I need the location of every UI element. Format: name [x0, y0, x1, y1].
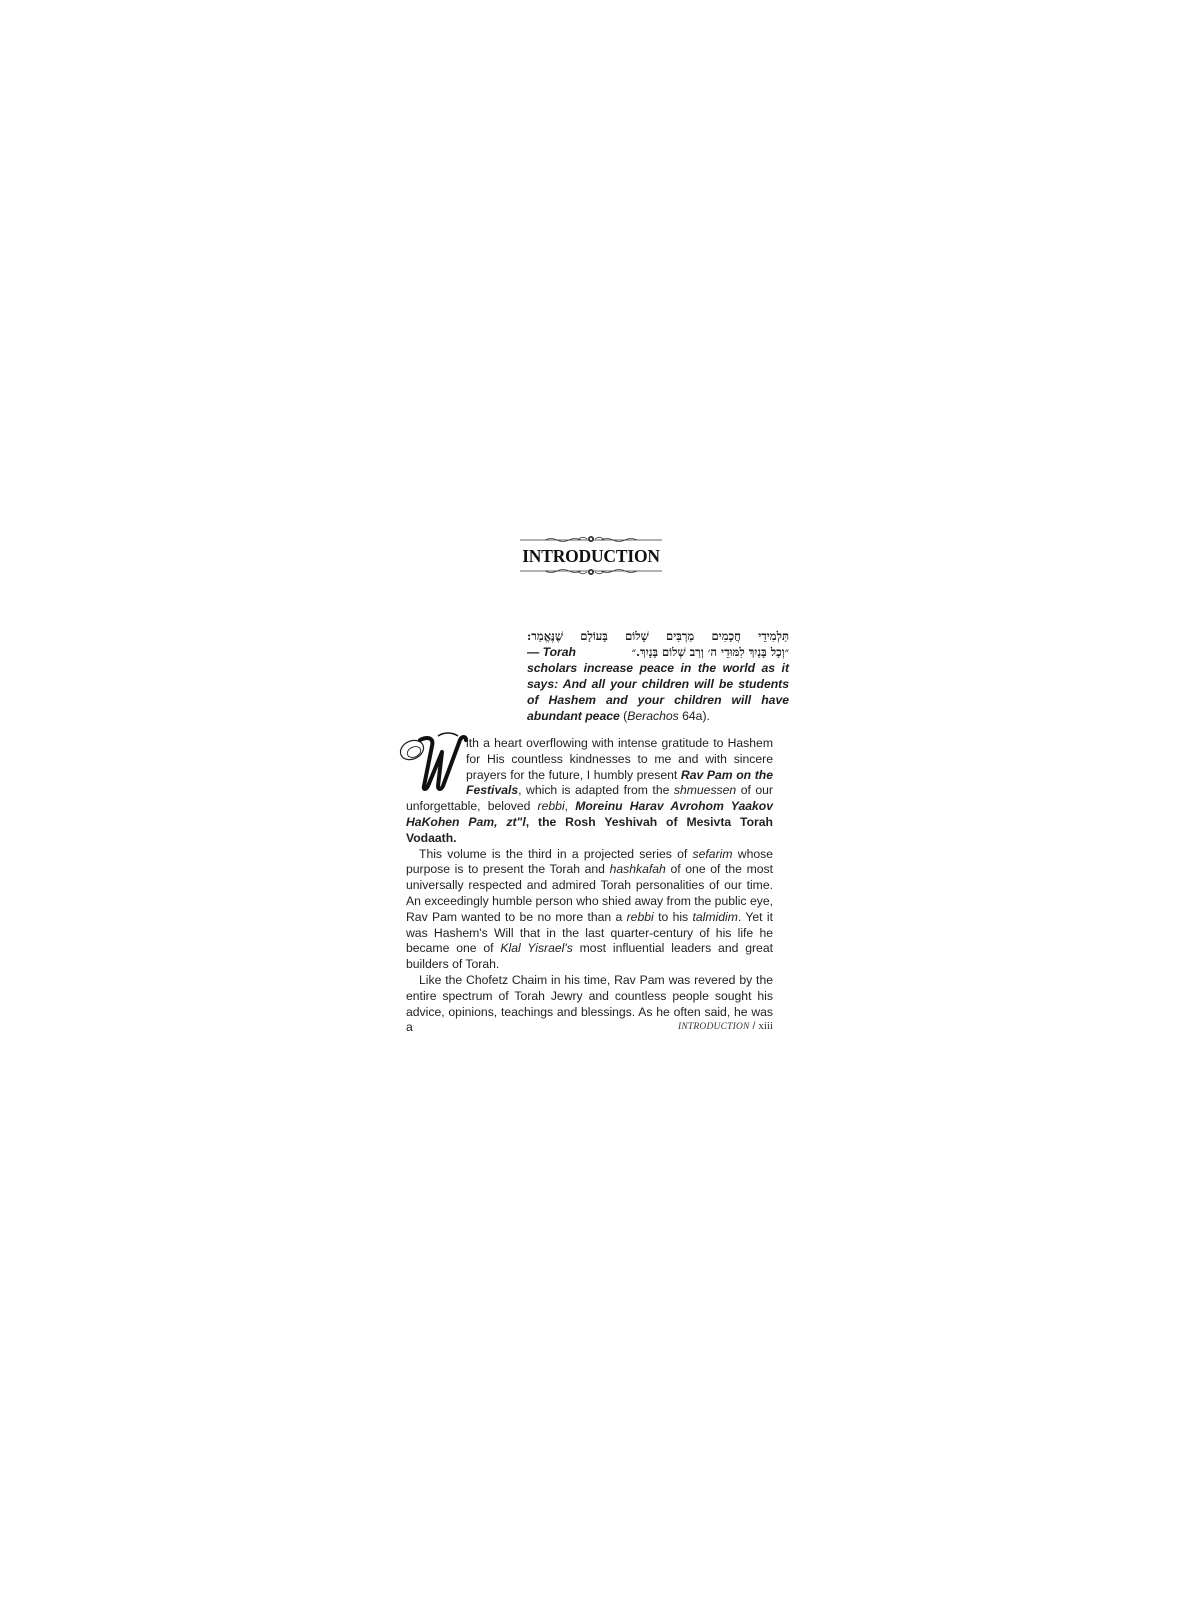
translation-word: Torah [543, 645, 576, 659]
book-page: INTRODUCTION תַּלְמִידֵי חֲכָמִים מַרְבִ… [0, 0, 1200, 1600]
epigraph-translation: scholars increase peace in the world as … [527, 660, 789, 724]
chapter-heading: INTRODUCTION [520, 534, 662, 577]
epigraph-hebrew-line-2: ״וְכָל בָּנַיִךְ לִמּוּדֵי ה׳ וְרַב שְׁל… [632, 644, 789, 660]
source-title: Berachos [627, 709, 679, 723]
page-number: xiii [758, 1020, 773, 1032]
dropcap-w-icon [398, 730, 462, 790]
source-ref: 64a). [679, 709, 710, 723]
em-dash: — [527, 645, 539, 659]
epigraph-line-2: — Torah ״וְכָל בָּנַיִךְ לִמּוּדֵי ה׳ וְ… [527, 644, 789, 660]
footer-separator: / [750, 1020, 759, 1032]
running-footer: INTRODUCTION / xiii [600, 1020, 773, 1032]
epigraph-translation-start: — Torah [527, 644, 576, 660]
footer-section: INTRODUCTION [678, 1022, 750, 1032]
ornament-bottom-icon [520, 567, 662, 577]
epigraph: תַּלְמִידֵי חֲכָמִים מַרְבִּים שָׁלוֹם ב… [527, 628, 789, 724]
paragraph-2: This volume is the third in a projected … [406, 847, 773, 973]
chapter-title: INTRODUCTION [520, 545, 662, 567]
paragraph-1: ith a heart overflowing with intense gra… [406, 736, 773, 847]
epigraph-hebrew-line-1: תַּלְמִידֵי חֲכָמִים מַרְבִּים שָׁלוֹם ב… [527, 628, 789, 644]
ornament-top-icon [520, 534, 662, 544]
body-text: ith a heart overflowing with intense gra… [406, 736, 773, 1036]
